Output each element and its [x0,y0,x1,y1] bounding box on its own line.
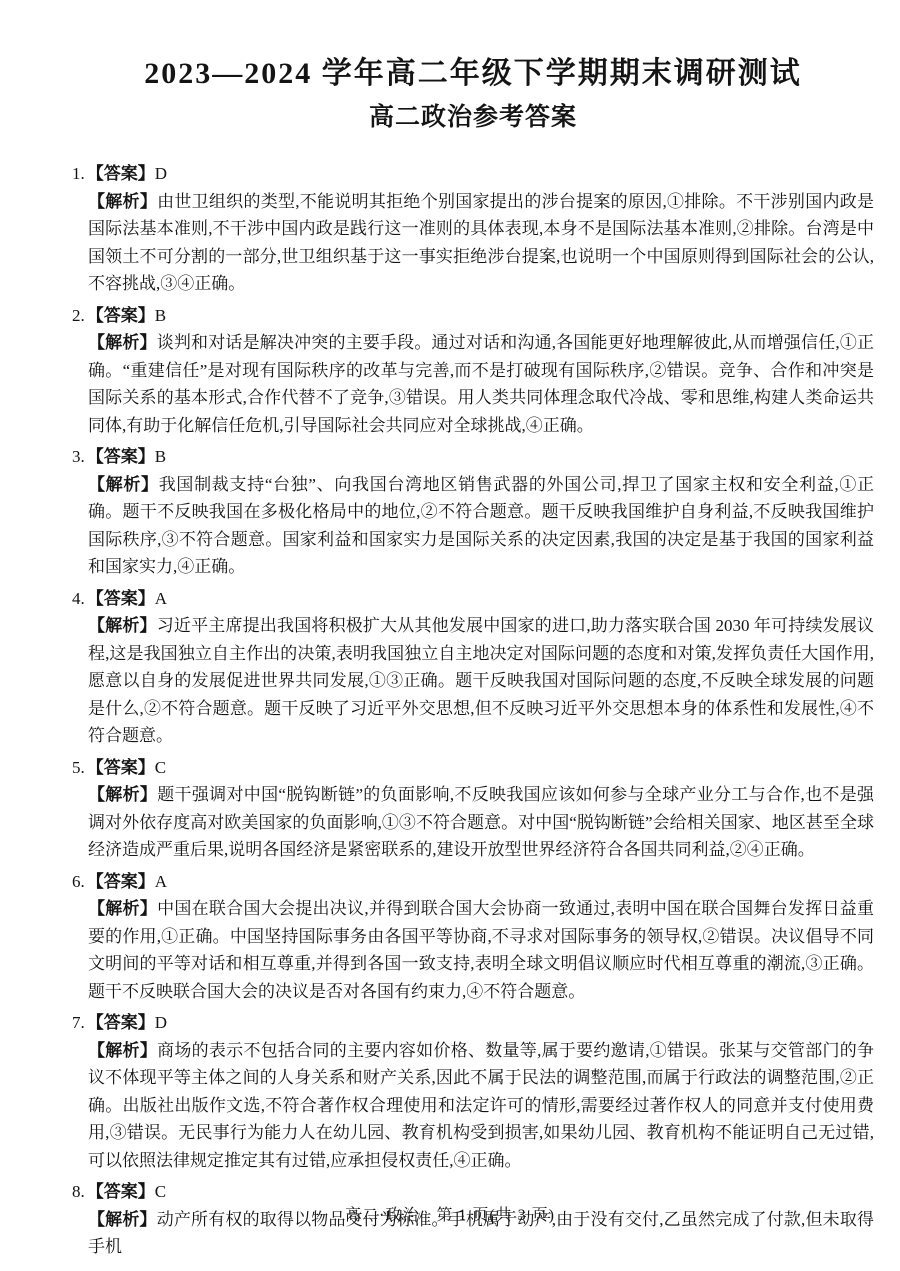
analysis-label: 【解析】 [88,616,157,635]
item-number: 4. [72,589,87,608]
answer-letter: B [155,306,166,325]
item-number: 2. [72,306,87,325]
answer-line: 1.【答案】D [72,160,874,188]
answer-item-3: 3.【答案】B 【解析】我国制裁支持“台独”、向我国台湾地区销售武器的外国公司,… [72,443,874,581]
answer-item-7: 7.【答案】D 【解析】商场的表示不包括合同的主要内容如价格、数量等,属于要约邀… [72,1009,874,1174]
answer-item-1: 1.【答案】D 【解析】由世卫组织的类型,不能说明其拒绝个别国家提出的涉台提案的… [72,160,874,298]
item-number: 5. [72,758,87,777]
answer-label: 【答案】 [87,1182,155,1201]
analysis-paragraph: 【解析】由世卫组织的类型,不能说明其拒绝个别国家提出的涉台提案的原因,①排除。不… [88,188,874,298]
analysis-text: 我国制裁支持“台独”、向我国台湾地区销售武器的外国公司,捍卫了国家主权和安全利益… [88,475,874,577]
item-number: 6. [72,872,87,891]
analysis-paragraph: 【解析】中国在联合国大会提出决议,并得到联合国大会协商一致通过,表明中国在联合国… [88,895,874,1005]
item-number: 8. [72,1182,87,1201]
answer-line: 3.【答案】B [72,443,874,471]
answer-label: 【答案】 [87,589,155,608]
answer-letter: A [155,872,167,891]
analysis-text: 题干强调对中国“脱钩断链”的负面影响,不反映我国应该如何参与全球产业分工与合作,… [88,785,874,859]
answer-label: 【答案】 [87,306,155,325]
answer-label: 【答案】 [87,447,155,466]
answer-label: 【答案】 [87,872,155,891]
title-block: 2023—2024 学年高二年级下学期期末调研测试 高二政治参考答案 [72,54,874,134]
answer-line: 5.【答案】C [72,754,874,782]
answer-list: 1.【答案】D 【解析】由世卫组织的类型,不能说明其拒绝个别国家提出的涉台提案的… [72,160,874,1261]
analysis-text: 由世卫组织的类型,不能说明其拒绝个别国家提出的涉台提案的原因,①排除。不干涉别国… [88,192,874,294]
analysis-text: 中国在联合国大会提出决议,并得到联合国大会协商一致通过,表明中国在联合国舞台发挥… [88,899,874,1001]
analysis-text: 谈判和对话是解决冲突的主要手段。通过对话和沟通,各国能更好地理解彼此,从而增强信… [88,333,874,435]
answer-letter: B [155,447,166,466]
analysis-paragraph: 【解析】商场的表示不包括合同的主要内容如价格、数量等,属于要约邀请,①错误。张某… [88,1037,874,1175]
page-title: 2023—2024 学年高二年级下学期期末调研测试 [72,54,874,94]
analysis-label: 【解析】 [88,1041,157,1060]
answer-line: 2.【答案】B [72,302,874,330]
document-page: 2023—2024 学年高二年级下学期期末调研测试 高二政治参考答案 1.【答案… [0,0,900,1261]
answer-label: 【答案】 [87,1013,155,1032]
analysis-paragraph: 【解析】题干强调对中国“脱钩断链”的负面影响,不反映我国应该如何参与全球产业分工… [88,781,874,864]
answer-letter: D [155,164,167,183]
page-footer: 高二·政治 第 1 页(共 3 页) [0,1202,900,1225]
analysis-text: 习近平主席提出我国将积极扩大从其他发展中国家的进口,助力落实联合国 2030 年… [88,616,874,745]
answer-letter: C [155,758,166,777]
answer-line: 6.【答案】A [72,868,874,896]
answer-item-4: 4.【答案】A 【解析】习近平主席提出我国将积极扩大从其他发展中国家的进口,助力… [72,585,874,750]
answer-item-6: 6.【答案】A 【解析】中国在联合国大会提出决议,并得到联合国大会协商一致通过,… [72,868,874,1006]
analysis-paragraph: 【解析】我国制裁支持“台独”、向我国台湾地区销售武器的外国公司,捍卫了国家主权和… [88,471,874,581]
answer-label: 【答案】 [87,164,155,183]
answer-item-2: 2.【答案】B 【解析】谈判和对话是解决冲突的主要手段。通过对话和沟通,各国能更… [72,302,874,440]
analysis-paragraph: 【解析】谈判和对话是解决冲突的主要手段。通过对话和沟通,各国能更好地理解彼此,从… [88,329,874,439]
answer-line: 4.【答案】A [72,585,874,613]
page-subtitle: 高二政治参考答案 [72,100,874,134]
answer-item-5: 5.【答案】C 【解析】题干强调对中国“脱钩断链”的负面影响,不反映我国应该如何… [72,754,874,864]
answer-letter: C [155,1182,166,1201]
answer-label: 【答案】 [87,758,155,777]
item-number: 1. [72,164,87,183]
analysis-label: 【解析】 [88,475,159,494]
answer-letter: A [155,589,167,608]
item-number: 7. [72,1013,87,1032]
analysis-label: 【解析】 [88,785,157,804]
answer-letter: D [155,1013,167,1032]
analysis-label: 【解析】 [88,333,157,352]
analysis-paragraph: 【解析】习近平主席提出我国将积极扩大从其他发展中国家的进口,助力落实联合国 20… [88,612,874,750]
answer-line: 7.【答案】D [72,1009,874,1037]
analysis-label: 【解析】 [88,899,157,918]
item-number: 3. [72,447,87,466]
analysis-label: 【解析】 [88,192,157,211]
analysis-text: 商场的表示不包括合同的主要内容如价格、数量等,属于要约邀请,①错误。张某与交管部… [88,1041,874,1170]
